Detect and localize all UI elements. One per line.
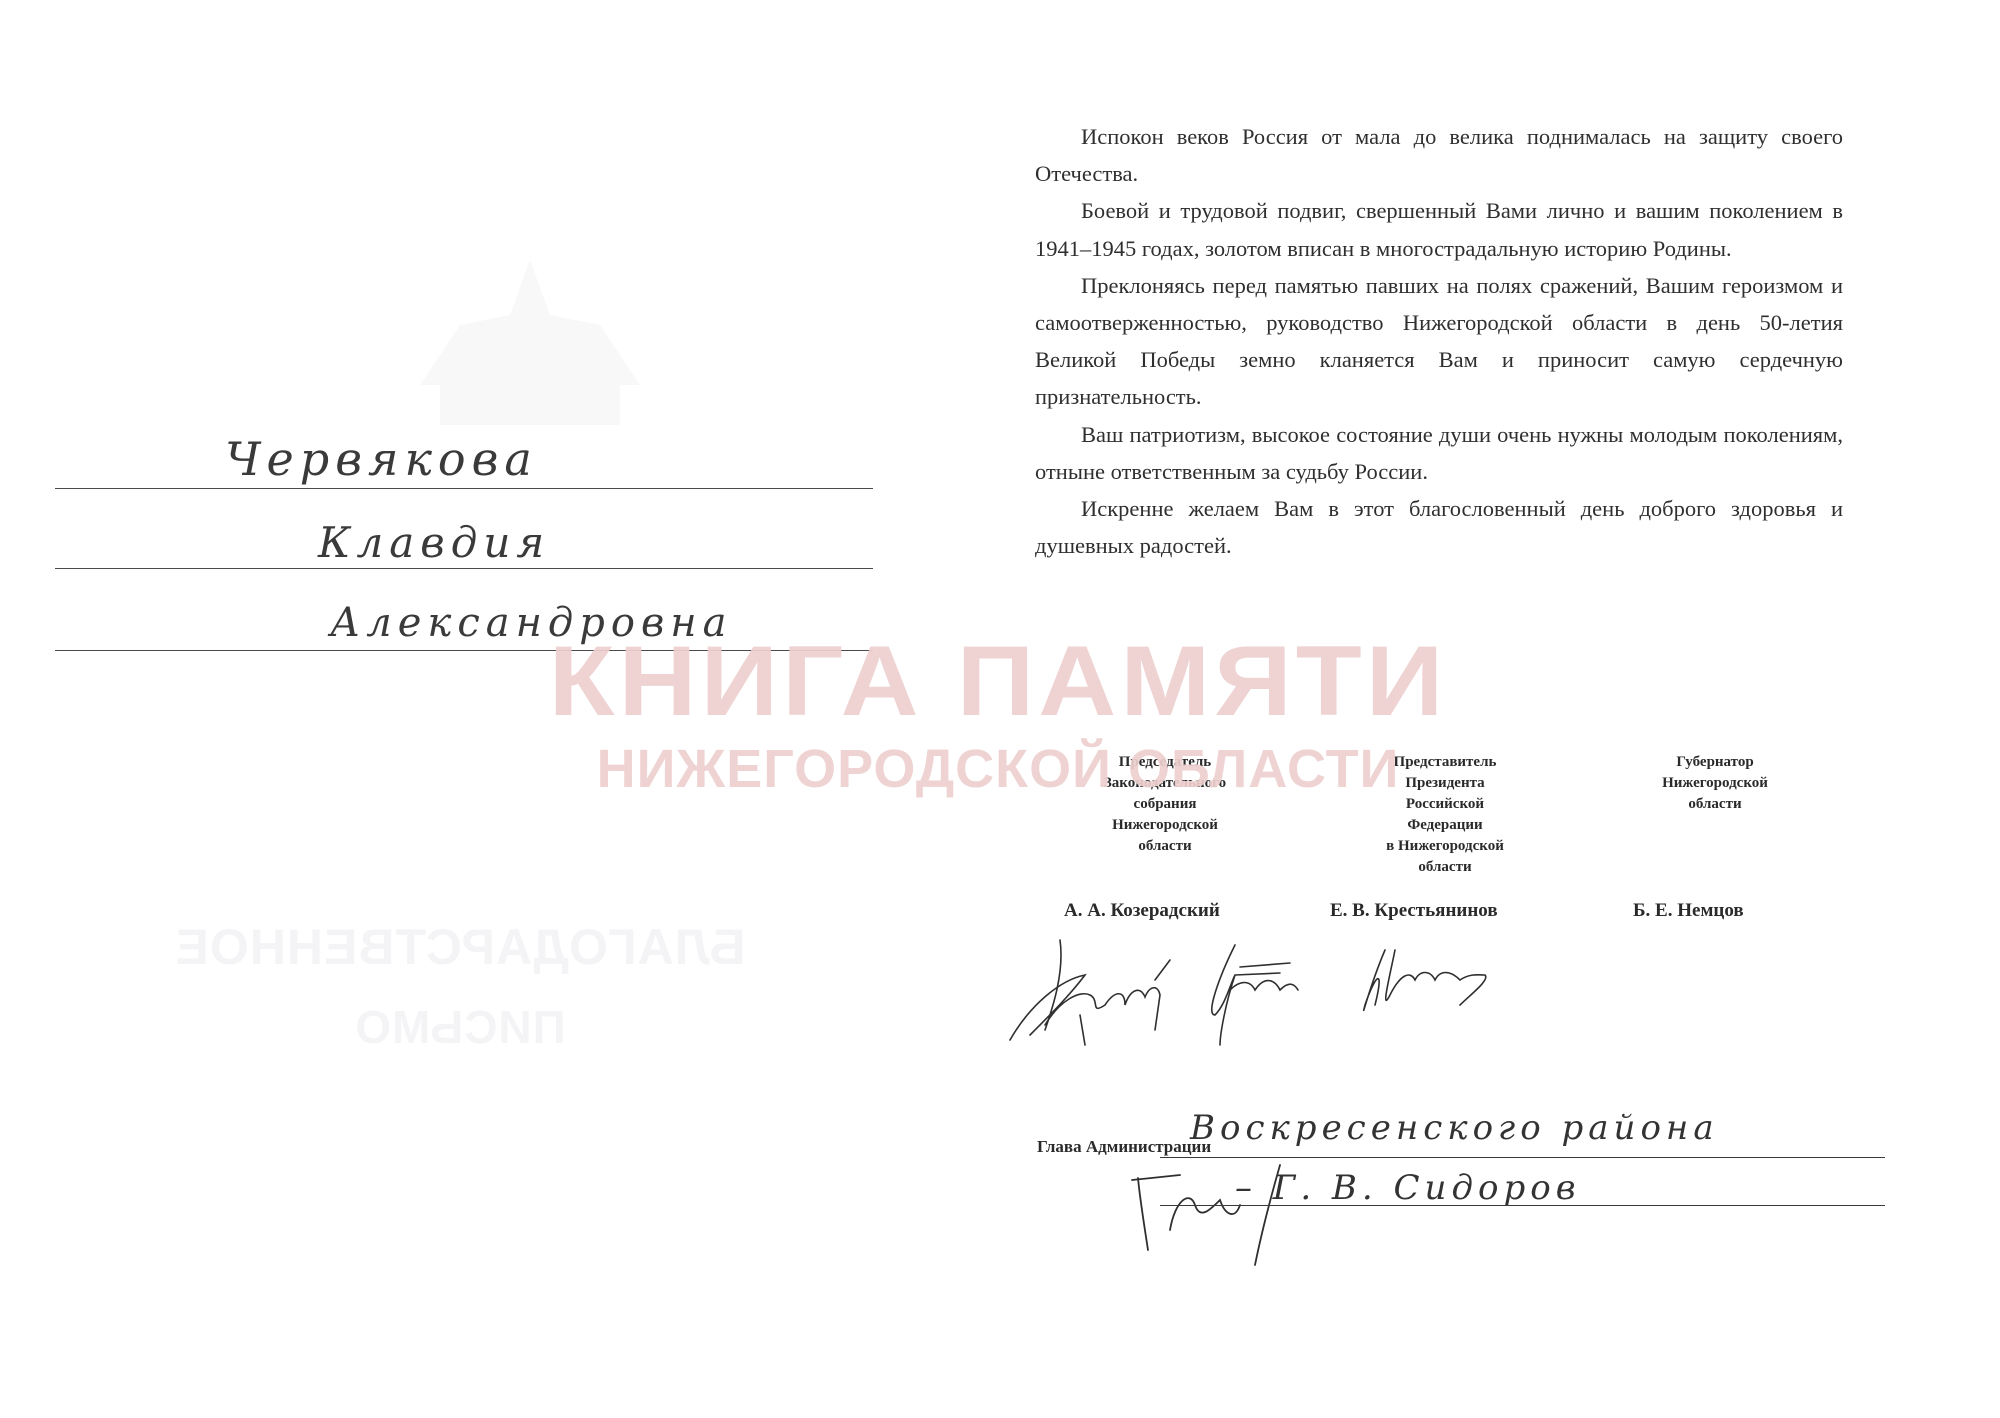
title-line: в Нижегородской [1345, 836, 1545, 857]
signature-nemtsov [1364, 950, 1486, 1010]
signature-kozeradsky [1010, 940, 1170, 1045]
admin-line-1 [1160, 1157, 1885, 1158]
letter-body: Испокон веков Россия от мала до велика п… [1035, 118, 1843, 564]
title-line: области [1075, 836, 1255, 857]
letter-paragraph: Боевой и трудовой подвиг, свершенный Вам… [1035, 192, 1843, 266]
title-line: собрания [1075, 794, 1255, 815]
letter-paragraph: Ваш патриотизм, высокое состояние души о… [1035, 416, 1843, 490]
admin-name-handwritten: – Г. В. Сидоров [1235, 1168, 1581, 1208]
signatory-name-1: А. А. Козерадский [1064, 900, 1220, 922]
signature-krestyaninov [1212, 945, 1298, 1045]
letter-paragraph: Преклоняясь перед памятью павших на поля… [1035, 267, 1843, 416]
letter-spread: БЛАГОДАРСТВЕННОЕ ПИСЬМО Червякова Клавди… [0, 0, 2000, 1418]
name-line-1 [55, 488, 873, 489]
title-line: Федерации [1345, 815, 1545, 836]
signatory-title-1: Председатель Законодательного собрания Н… [1075, 752, 1255, 857]
name-line-2 [55, 568, 873, 569]
bleed-title: БЛАГОДАРСТВЕННОЕ [120, 918, 800, 976]
recipient-patronymic: Александровна [330, 600, 732, 646]
title-line: Российской [1345, 794, 1545, 815]
admin-line-2 [1160, 1205, 1885, 1206]
watermark-subtitle: НИЖЕГОРОДСКОЙ ОБЛАСТИ [548, 738, 1448, 800]
title-line: области [1630, 794, 1800, 815]
letter-paragraph: Испокон веков Россия от мала до велика п… [1035, 118, 1843, 192]
signatory-title-3: Губернатор Нижегородской области [1630, 752, 1800, 815]
signatory-name-3: Б. Е. Немцов [1633, 900, 1744, 922]
title-line: Нижегородской [1630, 773, 1800, 794]
title-line: Председатель [1075, 752, 1255, 773]
title-line: Нижегородской [1075, 815, 1255, 836]
emblem-bleed-icon [400, 255, 660, 435]
signatory-name-2: Е. В. Крестьянинов [1330, 900, 1498, 922]
signatures [990, 935, 1920, 1055]
admin-district-handwritten: Воскресенского района [1190, 1108, 1719, 1148]
admin-label: Глава Администрации [1037, 1137, 1211, 1157]
title-line: Президента [1345, 773, 1545, 794]
title-line: Представитель [1345, 752, 1545, 773]
title-line: Губернатор [1630, 752, 1800, 773]
letter-paragraph: Искренне желаем Вам в этот благословенны… [1035, 490, 1843, 564]
recipient-first-name: Клавдия [318, 518, 550, 567]
title-line: Законодательного [1075, 773, 1255, 794]
title-line: области [1345, 857, 1545, 878]
bleed-subtitle: ПИСЬМО [120, 1000, 800, 1054]
recipient-surname: Червякова [225, 432, 538, 486]
name-line-3 [55, 650, 873, 651]
signatory-title-2: Представитель Президента Российской Феде… [1345, 752, 1545, 878]
